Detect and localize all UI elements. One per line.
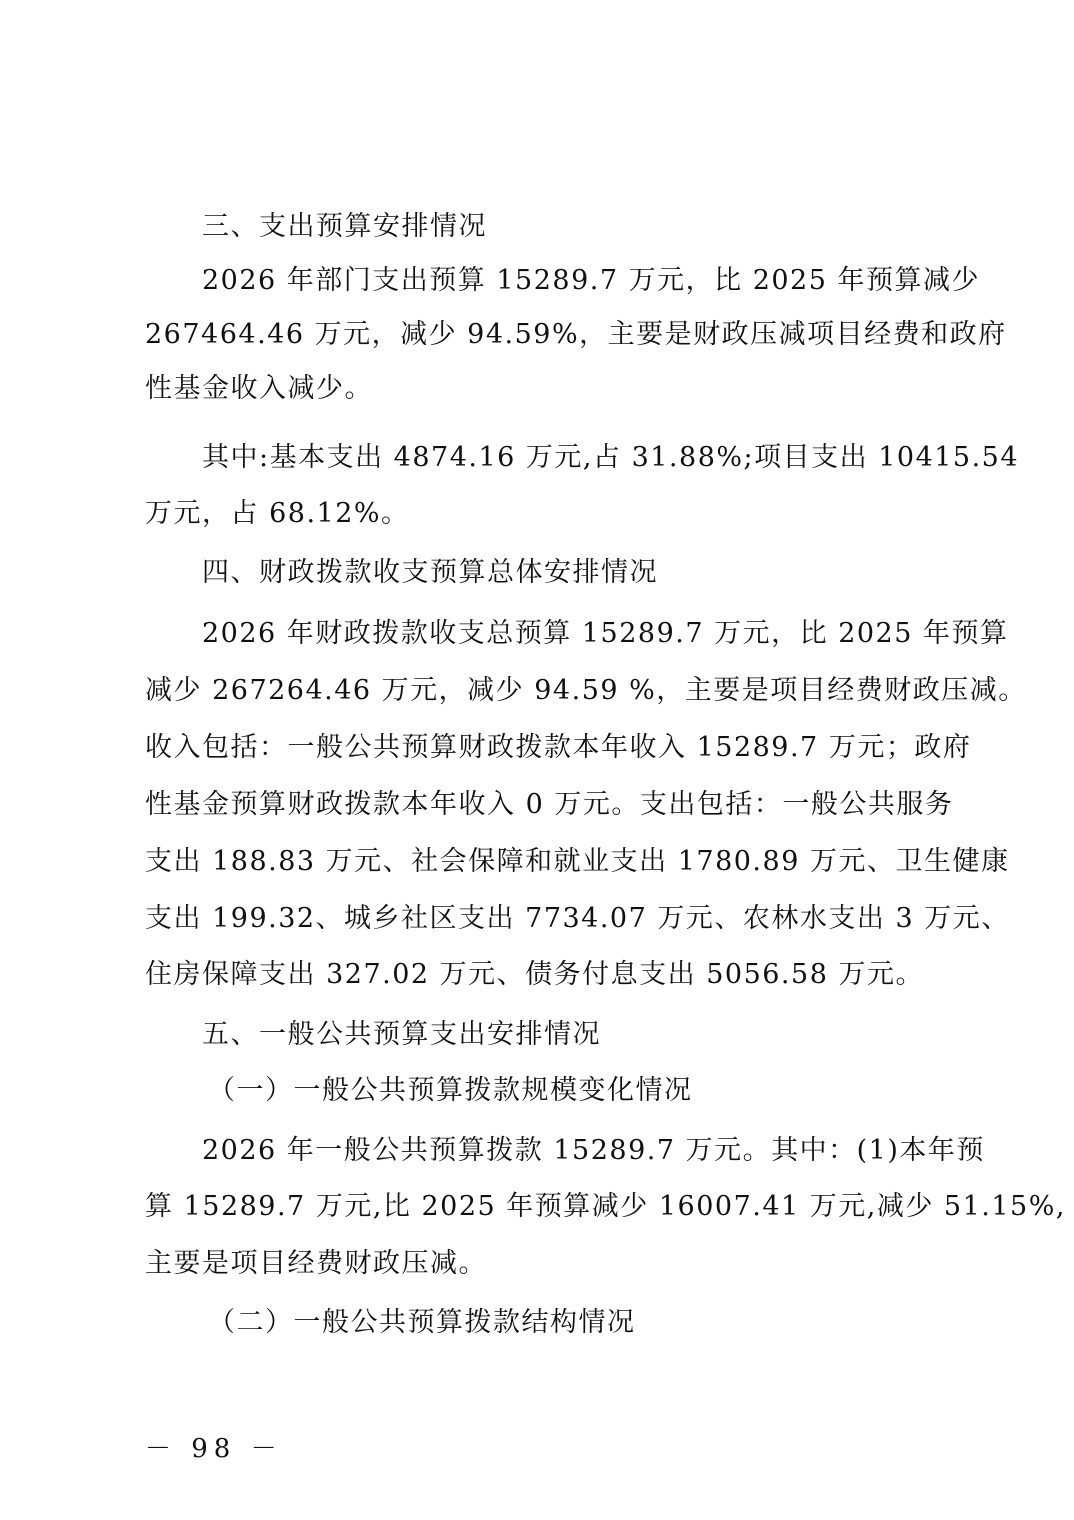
paragraph-line: 性基金收入减少。 (145, 372, 373, 406)
paragraph-line: 住房保障支出 327.02 万元、债务付息支出 5056.58 万元。 (145, 958, 924, 992)
page-number: － 98 － (145, 1428, 283, 1465)
paragraph-line: 万元，占 68.12%。 (145, 497, 410, 531)
section-heading-4: 四、财政拨款收支预算总体安排情况 (202, 556, 658, 590)
paragraph-line: 其中:基本支出 4874.16 万元,占 31.88%;项目支出 10415.5… (202, 441, 1019, 475)
paragraph-line: 算 15289.7 万元,比 2025 年预算减少 16007.41 万元,减少… (145, 1190, 1066, 1224)
paragraph-line: 2026 年财政拨款收支总预算 15289.7 万元，比 2025 年预算 (202, 617, 1009, 651)
paragraph-line: 支出 199.32、城乡社区支出 7734.07 万元、农林水支出 3 万元、 (145, 902, 1010, 936)
section-heading-3: 三、支出预算安排情况 (202, 210, 487, 244)
paragraph-line: 2026 年一般公共预算拨款 15289.7 万元。其中：(1)本年预 (202, 1134, 985, 1168)
paragraph-line: 主要是项目经费财政压减。 (145, 1247, 487, 1281)
subsection-heading-2: （二）一般公共预算拨款结构情况 (208, 1306, 636, 1340)
paragraph-line: 2026 年部门支出预算 15289.7 万元，比 2025 年预算减少 (202, 264, 980, 298)
paragraph-line: 支出 188.83 万元、社会保障和就业支出 1780.89 万元、卫生健康 (145, 845, 1009, 879)
paragraph-line: 267464.46 万元，减少 94.59%，主要是财政压减项目经费和政府 (145, 318, 1007, 352)
subsection-heading-1: （一）一般公共预算拨款规模变化情况 (208, 1074, 693, 1108)
paragraph-line: 减少 267264.46 万元，减少 94.59 %，主要是项目经费财政压减。 (145, 674, 1027, 708)
section-heading-5: 五、一般公共预算支出安排情况 (202, 1018, 601, 1052)
paragraph-line: 收入包括：一般公共预算财政拨款本年收入 15289.7 万元；政府 (145, 731, 971, 765)
paragraph-line: 性基金预算财政拨款本年收入 0 万元。支出包括：一般公共服务 (145, 788, 953, 822)
